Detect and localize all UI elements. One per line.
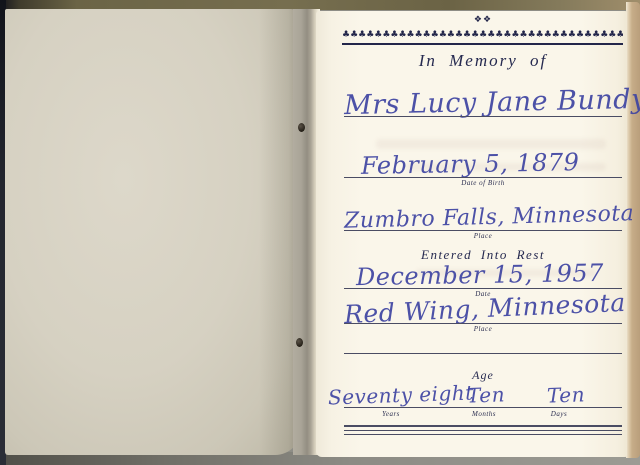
page-title: In Memory of [344,51,622,71]
name-rule-line [344,116,622,117]
death-place-rule-line [344,323,622,324]
death-date-handwriting: December 15, 1957 [356,261,604,289]
blank-rule-line [344,353,622,354]
age-rule-line [344,407,622,408]
age-months-handwriting: Ten [467,384,506,405]
ornamental-border-row: ♣♣♣♣♣♣♣♣♣♣♣♣♣♣♣♣♣♣♣♣♣♣♣♣♣♣♣♣♣♣♣♣♣♣♣♣♣♣♣♣ [342,29,623,45]
bottom-triple-rule-line [344,434,622,435]
rosette-ornament-icon: ❖❖ [344,15,622,25]
age-months-label: Months [472,410,496,418]
memorial-book-photo: ❖❖ ♣♣♣♣♣♣♣♣♣♣♣♣♣♣♣♣♣♣♣♣♣♣♣♣♣♣♣♣♣♣♣♣♣♣♣♣♣… [0,0,640,465]
birth-place-field-label: Place [344,232,622,240]
birth-date-field-label: Date of Birth [344,179,622,187]
birth-date-handwriting: February 5, 1879 [361,150,580,178]
bottom-triple-rule-line [344,430,622,431]
age-years-label: Years [382,410,400,418]
birth-place-handwriting: Zumbro Falls, Minnesota [344,203,635,233]
memorial-record-page: ❖❖ ♣♣♣♣♣♣♣♣♣♣♣♣♣♣♣♣♣♣♣♣♣♣♣♣♣♣♣♣♣♣♣♣♣♣♣♣♣… [316,11,627,457]
page-stack-edge [626,2,640,458]
stitch-hole-top [298,123,305,132]
death-place-field-label: Place [344,325,622,333]
birth-date-rule-line [344,177,622,178]
age-days-label: Days [551,410,567,418]
stitch-hole-bottom [296,338,303,347]
birth-place-rule-line [344,230,622,231]
bottom-triple-rule-line [344,425,622,427]
age-years-handwriting: Seventy eight [328,382,474,407]
left-blank-page [5,9,301,455]
deceased-name-handwriting: Mrs Lucy Jane Bundy [344,86,640,119]
age-heading: Age [344,368,622,383]
age-days-handwriting: Ten [547,384,586,405]
